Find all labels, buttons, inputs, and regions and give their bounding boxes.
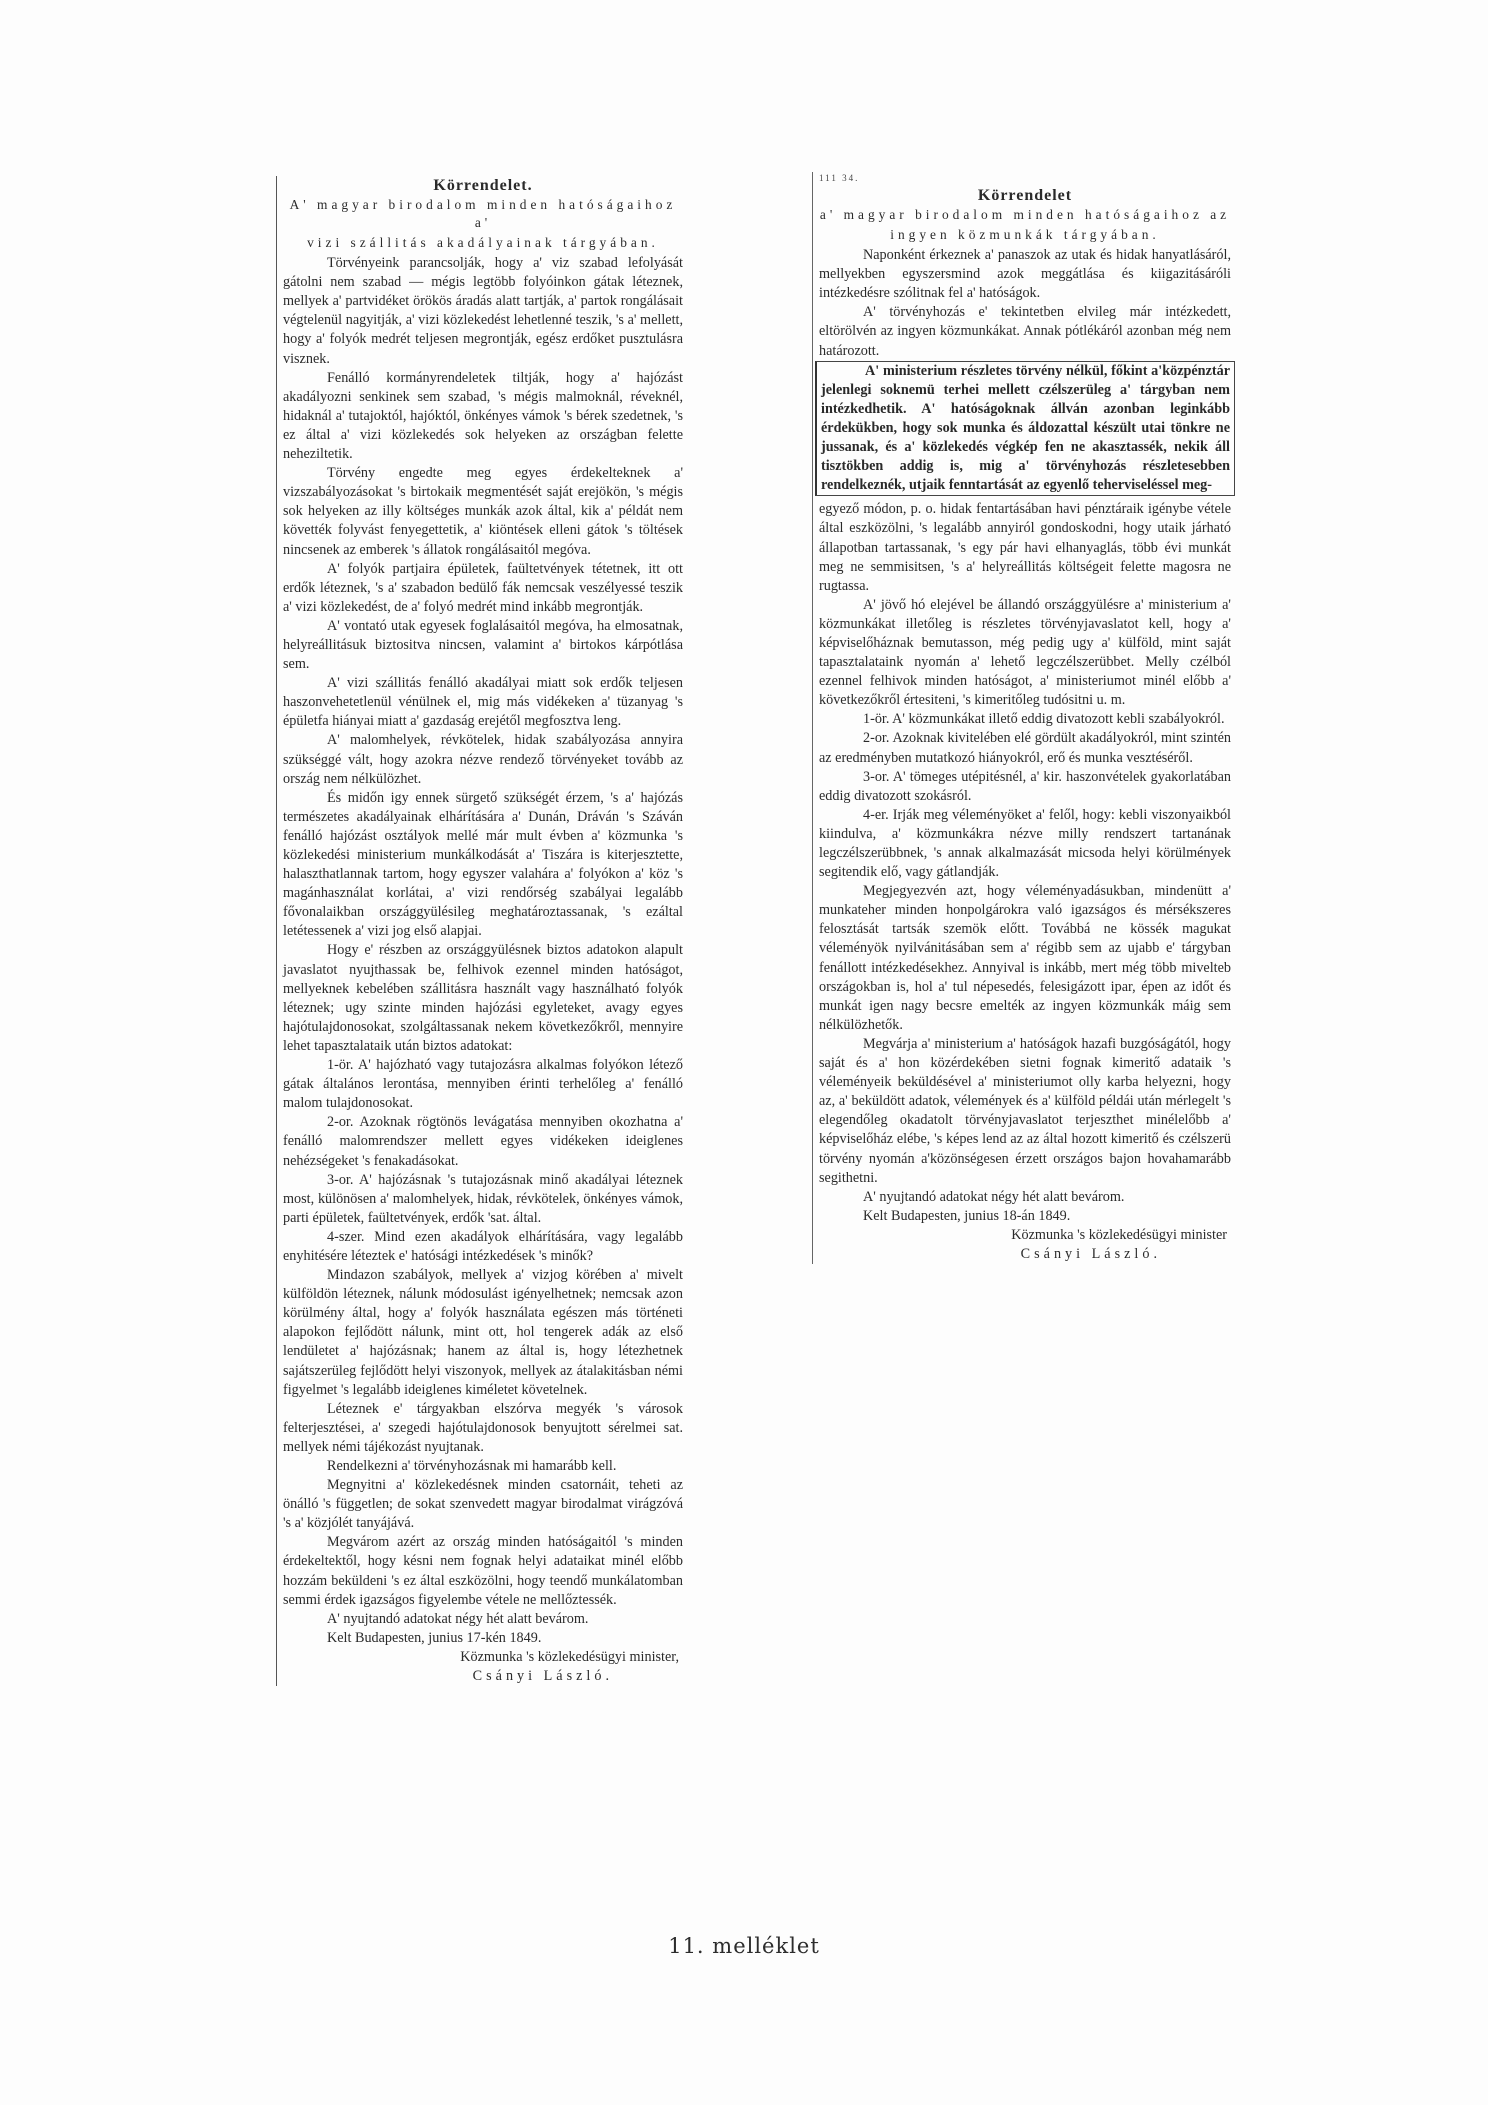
signature-name: Csányi László. (819, 1245, 1231, 1264)
signature-title: Közmunka 's közlekedésügyi minister (819, 1226, 1231, 1245)
paragraph: Megvárom azért az ország minden hatósága… (283, 1533, 683, 1609)
document-page: Körrendelet. A' magyar birodalom minden … (0, 0, 1488, 2105)
paragraph: Naponként érkeznek a' panaszok az utak é… (819, 246, 1231, 303)
paragraph: A' vizi szállitás fenálló akadályai miat… (283, 674, 683, 731)
highlighted-box: A' ministerium részletes törvény nélkül,… (815, 361, 1235, 497)
appendix-label: 11. melléklet (0, 1934, 1488, 1958)
paragraph: És midőn igy ennek sürgető szükségét érz… (283, 789, 683, 942)
left-clipping: Körrendelet. A' magyar birodalom minden … (276, 176, 691, 1686)
list-item: 3-or. A' hajózásnak 's tutajozásnak minő… (283, 1171, 683, 1228)
paragraph: Megvárja a' ministerium a' hatóságok haz… (819, 1035, 1231, 1188)
list-item: 2-or. Azoknak kivitelében elé gördült ak… (819, 729, 1231, 767)
paragraph: Törvényeink parancsolják, hogy a' viz sz… (283, 254, 683, 369)
list-item: 3-or. A' tömeges utépitésnél, a' kir. ha… (819, 768, 1231, 806)
date-line: Kelt Budapesten, junius 17-kén 1849. (283, 1629, 683, 1648)
paragraph: Hogy e' részben az országgyülésnek bizto… (283, 941, 683, 1056)
paragraph: A' folyók partjaira épületek, faültetvén… (283, 560, 683, 617)
signature-title: Közmunka 's közlekedésügyi minister, (283, 1648, 683, 1667)
left-clipping-subtitle-line1: A' magyar birodalom minden hatóságaihoz … (283, 196, 683, 232)
boxed-paragraph: A' ministerium részletes törvény nélkül,… (821, 362, 1230, 496)
paragraph: Törvény engedte meg egyes érdekelteknek … (283, 464, 683, 559)
right-clipping: 111 34. Körrendelet a' magyar birodalom … (812, 172, 1237, 1264)
list-item: 2-or. Azoknak rögtönös levágatása mennyi… (283, 1113, 683, 1170)
corner-mark: 111 34. (819, 172, 1231, 184)
right-clipping-subtitle-line2: ingyen közmunkák tárgyában. (819, 226, 1231, 244)
list-item: 1-ör. A' közmunkákat illető eddig divato… (819, 710, 1231, 729)
paragraph: Megjegyezvén azt, hogy véleményadásukban… (819, 882, 1231, 1035)
paragraph: Rendelkezni a' törvényhozásnak mi hamará… (283, 1457, 683, 1476)
paragraph: Megnyitni a' közlekedésnek minden csator… (283, 1476, 683, 1533)
paragraph: Léteznek e' tárgyakban elszórva megyék '… (283, 1400, 683, 1457)
signature-name: Csányi László. (283, 1667, 683, 1686)
paragraph: A' jövő hó elejével be állandó országgyü… (819, 596, 1231, 711)
paragraph: Mindazon szabályok, mellyek a' vizjog kö… (283, 1266, 683, 1400)
paragraph: egyező módon, p. o. hidak fentartásában … (819, 500, 1231, 595)
paragraph: A' vontató utak egyesek foglalásaitól me… (283, 617, 683, 674)
left-clipping-subtitle-line2: vizi szállitás akadályainak tárgyában. (283, 234, 683, 252)
closing-line: A' nyujtandó adatokat négy hét alatt bev… (819, 1188, 1231, 1207)
right-clipping-title: Körrendelet (819, 186, 1231, 205)
left-clipping-title: Körrendelet. (283, 176, 683, 195)
closing-line: A' nyujtandó adatokat négy hét alatt bev… (283, 1610, 683, 1629)
list-item: 4-er. Irják meg véleményöket a' felől, h… (819, 806, 1231, 882)
paragraph: A' malomhelyek, révkötelek, hidak szabál… (283, 731, 683, 788)
date-line: Kelt Budapesten, junius 18-án 1849. (819, 1207, 1231, 1226)
right-clipping-subtitle-line1: a' magyar birodalom minden hatóságaihoz … (819, 206, 1231, 224)
paragraph: A' törvényhozás e' tekintetben elvileg m… (819, 303, 1231, 360)
list-item: 4-szer. Mind ezen akadályok elhárítására… (283, 1228, 683, 1266)
list-item: 1-ör. A' hajózható vagy tutajozásra alka… (283, 1056, 683, 1113)
paragraph: Fenálló kormányrendeletek tiltják, hogy … (283, 369, 683, 464)
